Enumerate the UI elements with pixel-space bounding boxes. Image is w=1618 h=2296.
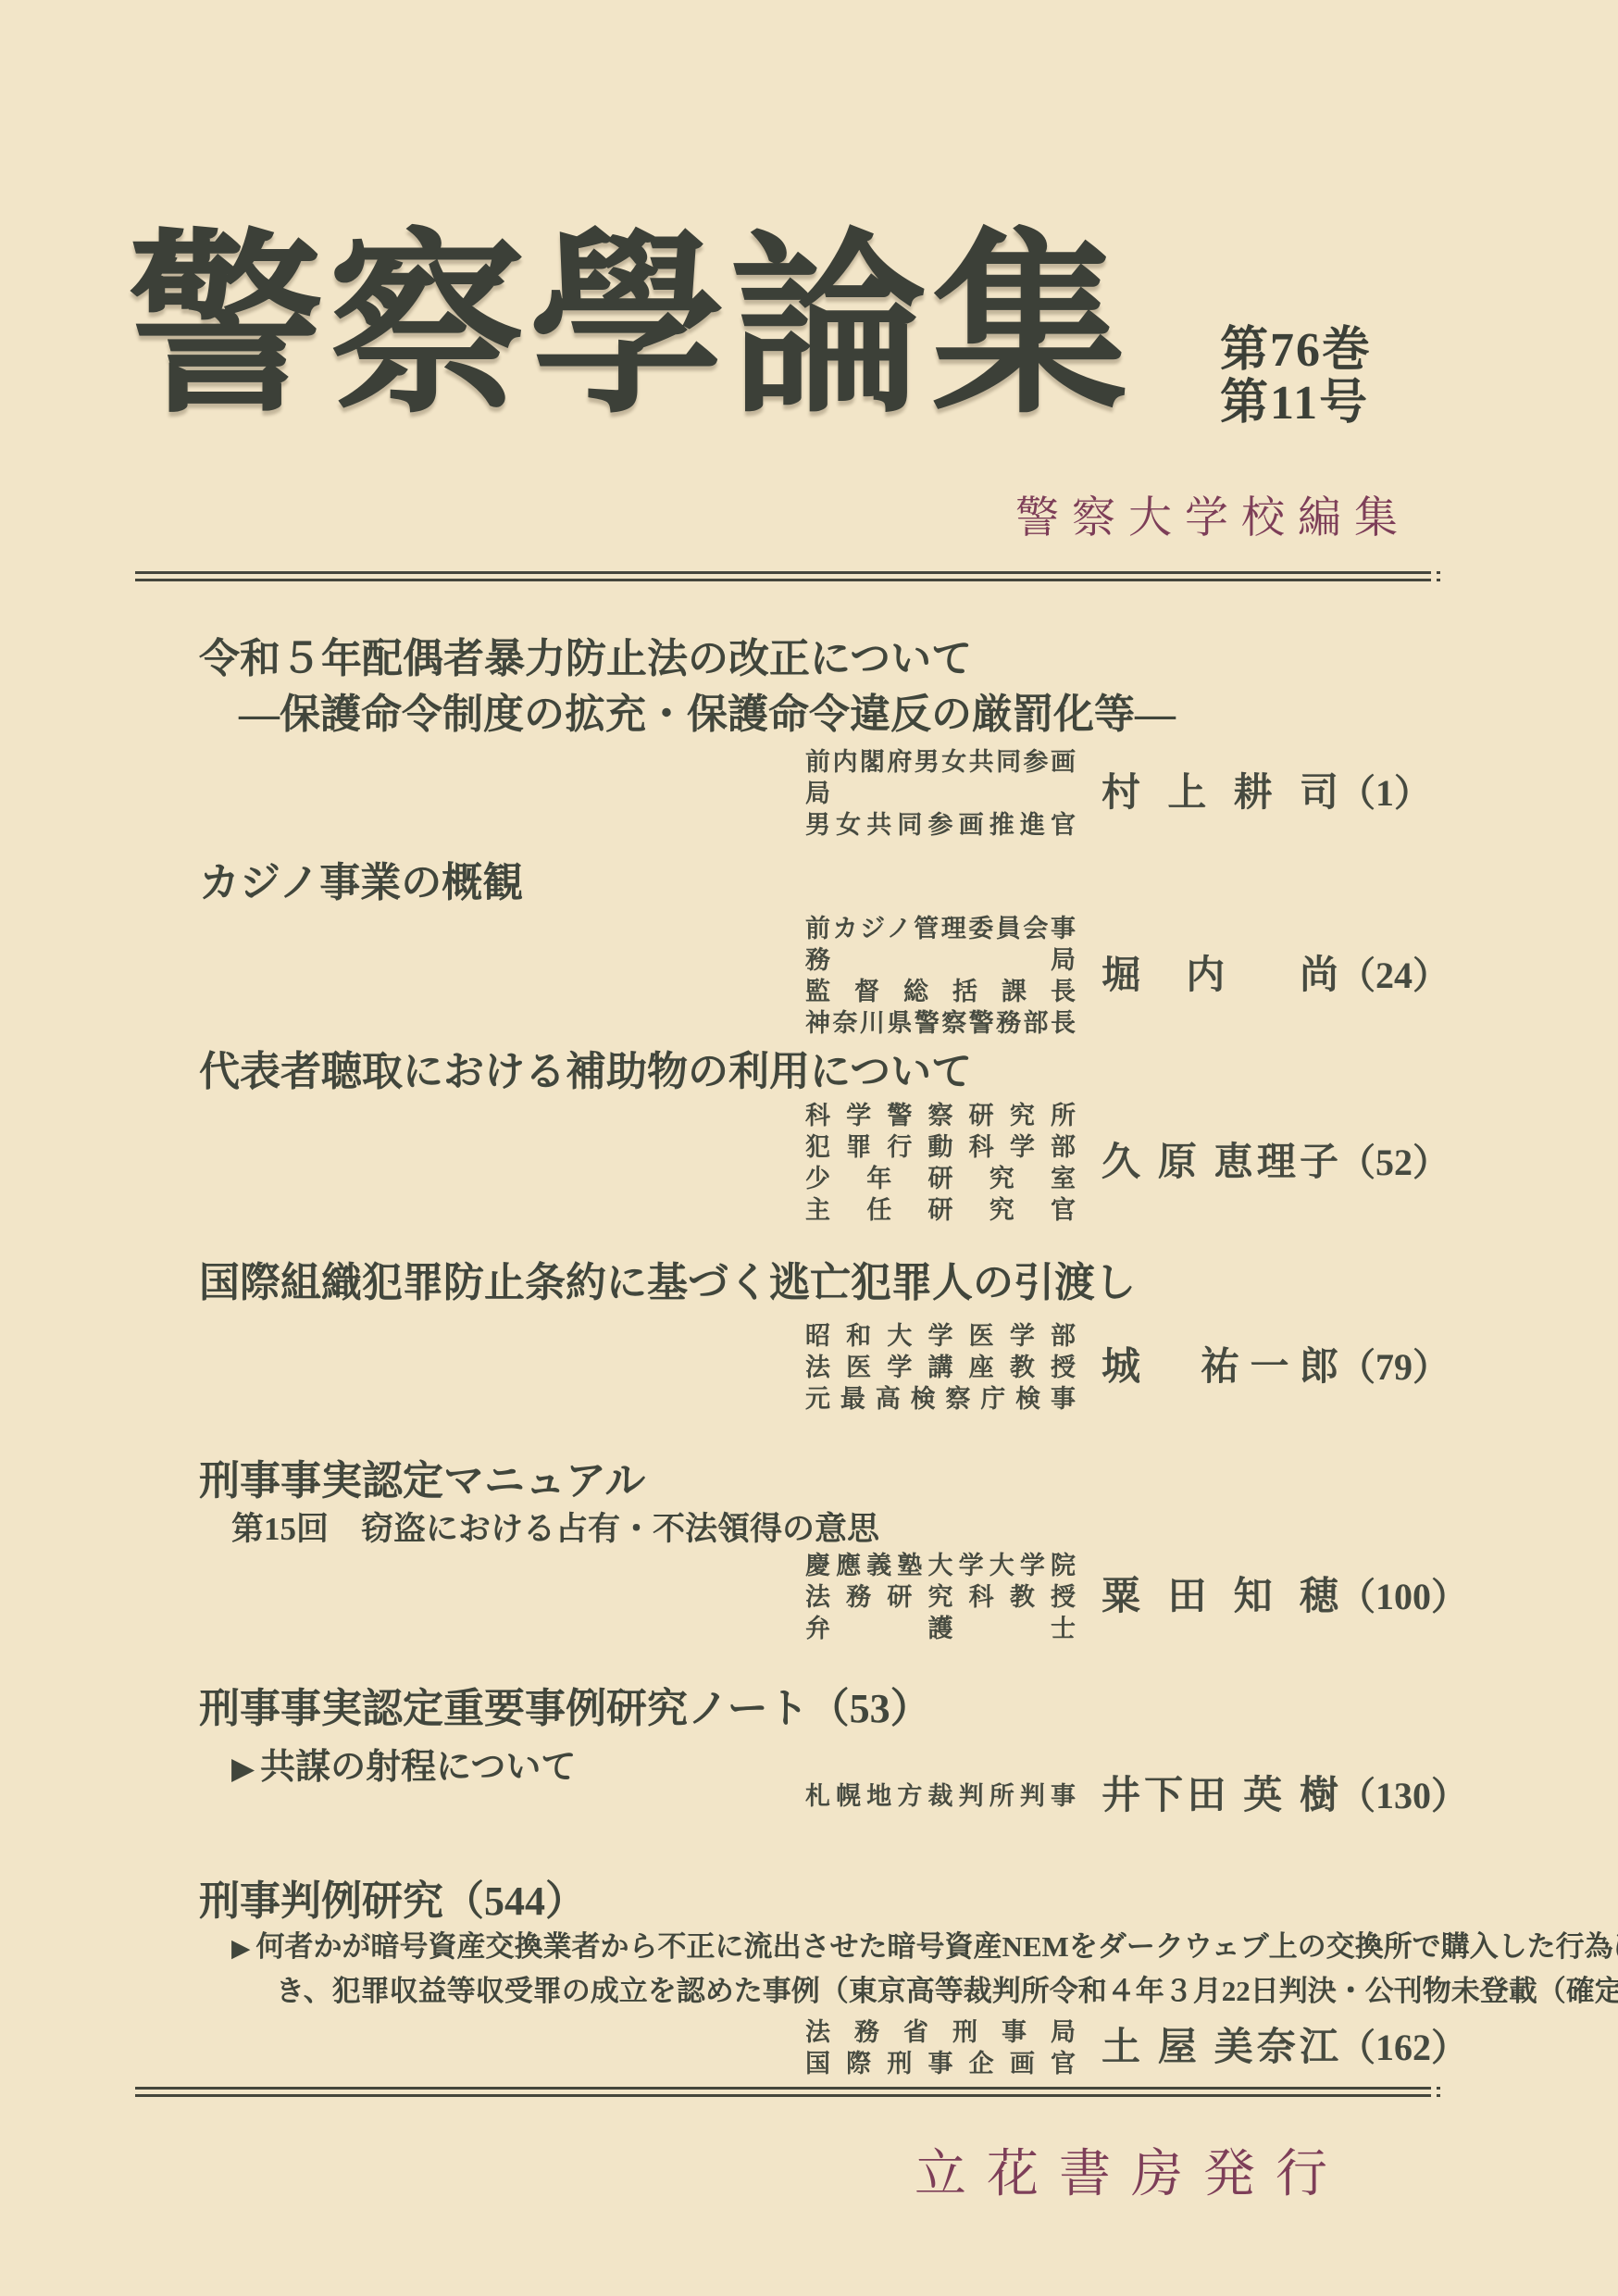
author-affiliation: 法務省刑事局 国際刑事企画官	[805, 2016, 1076, 2079]
affiliation-line: 前カジノ管理委員会事務局	[805, 913, 1076, 976]
article-title: 刑事判例研究（544）	[199, 1876, 586, 1927]
page-number: （52）	[1338, 1141, 1450, 1185]
affiliation-line: 前内閣府男女共同参画局	[805, 746, 1076, 809]
affiliation-line: 科学警察研究所	[805, 1100, 1076, 1131]
issue-number: 第11号	[1220, 377, 1372, 430]
affiliation-line: 元最高検察庁検事	[805, 1383, 1076, 1415]
affiliation-line: 法医学講座教授	[805, 1352, 1076, 1383]
author-row: 慶應義塾大学大学院 法務研究科教授 弁護士 粟 田 知 穂 （100）	[805, 1550, 1418, 1644]
author-name: 井下田 英 樹	[1101, 1773, 1338, 1819]
affiliation-line: 主任研究官	[805, 1194, 1076, 1226]
editor-credit: 警察大学校編集	[1015, 493, 1411, 544]
page-number: （79）	[1338, 1345, 1450, 1390]
article-subtitle-line1: ▶何者かが暗号資産交換業者から不正に流出させた暗号資産NEMをダークウェブ上の交…	[231, 1928, 1618, 1966]
article-title: 令和５年配偶者暴力防止法の改正について	[199, 633, 972, 684]
author-affiliation: 前内閣府男女共同参画局 男女共同参画推進官	[805, 746, 1076, 841]
article-subtitle: ▶共謀の射程について	[231, 1746, 576, 1791]
affiliation-line: 監督総括課長	[805, 976, 1076, 1007]
affiliation-line: 神奈川県警察警務部長	[805, 1007, 1076, 1039]
author-affiliation: 科学警察研究所 犯罪行動科学部 少年研究室 主任研究官	[805, 1100, 1076, 1226]
divider-top-rule	[135, 571, 1431, 581]
author-affiliation: 前カジノ管理委員会事務局 監督総括課長 神奈川県警察警務部長	[805, 913, 1076, 1039]
author-name: 土 屋 美奈江	[1101, 2025, 1338, 2071]
triangle-marker-icon: ▶	[231, 1753, 255, 1786]
author-affiliation: 札幌地方裁判所判事	[805, 1780, 1076, 1812]
article-title: カジノ事業の概観	[199, 857, 523, 908]
affiliation-line: 犯罪行動科学部	[805, 1131, 1076, 1163]
article-subtitle: ―保護命令制度の拡充・保護命令違反の厳罰化等―	[239, 689, 1176, 740]
volume-issue-block: 第76巻 第11号	[1220, 324, 1372, 430]
journal-cover: 警察學論集 第76巻 第11号 警察大学校編集 令和５年配偶者暴力防止法の改正に…	[0, 0, 1618, 2296]
author-row: 前カジノ管理委員会事務局 監督総括課長 神奈川県警察警務部長 堀 内 尚 （24…	[805, 913, 1418, 1039]
affiliation-line: 国際刑事企画官	[805, 2048, 1076, 2079]
author-row: 札幌地方裁判所判事 井下田 英 樹 （130）	[805, 1773, 1418, 1819]
author-name: 城 祐一郎	[1101, 1344, 1338, 1391]
author-row: 前内閣府男女共同参画局 男女共同参画推進官 村 上 耕 司 （1）	[805, 746, 1418, 841]
author-name: 堀 内 尚	[1101, 953, 1338, 999]
subtitle-text: 何者かが暗号資産交換業者から不正に流出させた暗号資産NEMをダークウェブ上の交換…	[256, 1930, 1618, 1963]
affiliation-line: 法務省刑事局	[805, 2016, 1076, 2048]
affiliation-line: 男女共同参画推進官	[805, 809, 1076, 841]
article-subtitle-line2: き、犯罪収益等収受罪の成立を認めた事例（東京高等裁判所令和４年３月22日判決・公…	[276, 1972, 1618, 2011]
page-number: （130）	[1338, 1774, 1468, 1818]
article-title: 代表者聴取における補助物の利用について	[199, 1046, 972, 1097]
page-number: （24）	[1338, 954, 1450, 998]
affiliation-line: 弁護士	[805, 1613, 1076, 1644]
article-title: 国際組織犯罪防止条約に基づく逃亡犯罪人の引渡し	[199, 1257, 1136, 1308]
subtitle-text: 共謀の射程について	[260, 1748, 576, 1787]
author-affiliation: 慶應義塾大学大学院 法務研究科教授 弁護士	[805, 1550, 1076, 1644]
author-name: 久 原 恵理子	[1101, 1140, 1338, 1186]
triangle-marker-icon: ▶	[231, 1934, 251, 1962]
page-number: （100）	[1338, 1575, 1468, 1619]
journal-title: 警察學論集	[128, 230, 1132, 426]
author-row: 法務省刑事局 国際刑事企画官 土 屋 美奈江 （162）	[805, 2016, 1418, 2079]
affiliation-line: 札幌地方裁判所判事	[805, 1780, 1076, 1812]
publisher-credit: 立花書房発行	[915, 2144, 1348, 2206]
author-row: 科学警察研究所 犯罪行動科学部 少年研究室 主任研究官 久 原 恵理子 （52）	[805, 1100, 1418, 1226]
article-title: 刑事事実認定重要事例研究ノート（53）	[199, 1683, 931, 1734]
page-number: （1）	[1338, 771, 1431, 816]
author-affiliation: 昭和大学医学部 法医学講座教授 元最高検察庁検事	[805, 1320, 1076, 1415]
affiliation-line: 昭和大学医学部	[805, 1320, 1076, 1352]
affiliation-line: 法務研究科教授	[805, 1581, 1076, 1613]
page-number: （162）	[1338, 2026, 1468, 2070]
author-row: 昭和大学医学部 法医学講座教授 元最高検察庁検事 城 祐一郎 （79）	[805, 1320, 1418, 1415]
affiliation-line: 少年研究室	[805, 1163, 1076, 1194]
article-title: 刑事事実認定マニュアル	[199, 1455, 645, 1506]
article-subtitle: 第15回 窃盗における占有・不法領得の意思	[231, 1509, 879, 1550]
affiliation-line: 慶應義塾大学大学院	[805, 1550, 1076, 1581]
volume-number: 第76巻	[1220, 324, 1372, 377]
author-name: 粟 田 知 穂	[1101, 1574, 1338, 1620]
divider-bottom-rule	[135, 2087, 1431, 2097]
author-name: 村 上 耕 司	[1101, 770, 1338, 817]
